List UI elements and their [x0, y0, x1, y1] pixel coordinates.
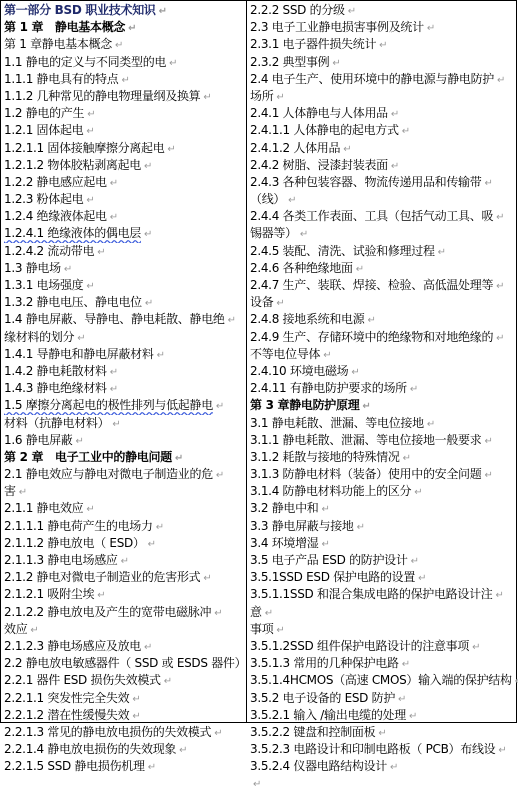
toc-entry[interactable]: 材料（抗静电材料）↵: [4, 415, 246, 432]
toc-entry[interactable]: 2.4.10 环境电磁场↵: [250, 363, 518, 380]
toc-entry[interactable]: 2.1.2.1 吸附尘埃↵: [4, 586, 246, 603]
paragraph-mark-icon: ↵: [391, 161, 399, 172]
toc-entry-text: 效应: [4, 622, 27, 636]
toc-entry[interactable]: 2.1.1.2 静电放电（ ESD）↵: [4, 535, 246, 552]
toc-entry-text: 1.5 摩擦分离起电的极性排列与低起静电: [4, 398, 213, 412]
toc-entry-text: 1.1 静电的定义与不同类型的电: [4, 55, 166, 69]
toc-entry-text: 2.1.2.3 静电场感应及放电: [4, 639, 141, 653]
paragraph-mark-icon: ↵: [362, 401, 370, 412]
toc-entry-text: 缘材料的划分: [4, 330, 74, 344]
toc-entry-text: 2.2.1.1 突发性完全失效: [4, 691, 129, 705]
paragraph-mark-icon: ↵: [86, 504, 94, 515]
toc-entry-text: 3.4 环境增湿: [250, 536, 319, 550]
toc-entry-text: 2.4.4 各类工作表面、工具（包括气动工具、吸: [250, 209, 493, 223]
toc-entry-text: 1.2.3 粉体起电: [4, 192, 83, 206]
paragraph-mark-icon: ↵: [167, 144, 175, 155]
paragraph-mark-icon: ↵: [496, 212, 504, 223]
toc-entry[interactable]: 1.2.1.1 固体接触摩擦分离起电↵: [4, 140, 246, 157]
paragraph-mark-icon: ↵: [332, 58, 340, 69]
toc-entry[interactable]: 2.4.7 生产、装联、焊接、检验、高低温处理等↵: [250, 277, 518, 294]
paragraph-mark-icon: ↵: [121, 556, 129, 567]
toc-left-column: 第一部分 BSD 职业技术知识↵第 1 章 静电基本概念↵第 1 章静电基本概念…: [1, 1, 247, 722]
paragraph-mark-icon: ↵: [214, 608, 222, 619]
toc-entry-text: 1.4.1 导静电和静电屏蔽材料: [4, 347, 154, 361]
toc-entry[interactable]: 1.2.1 固体起电↵: [4, 122, 246, 139]
toc-entry-text: 2.4.11 有静电防护要求的场所: [250, 381, 407, 395]
toc-entry-text: 2.1.1 静电效应: [4, 501, 83, 515]
toc-entry-text: 1.4.2 静电耗散材料: [4, 364, 107, 378]
paragraph-mark-icon: ↵: [484, 470, 492, 481]
toc-entry-text: 3.1.4 防静电材料功能上的区分: [250, 484, 411, 498]
paragraph-mark-icon: ↵: [495, 590, 503, 601]
toc-entry-text: 第 1 章静电基本概念: [4, 37, 112, 51]
toc-entry-text: 2.4.8 接地系统和电源: [250, 312, 364, 326]
toc-entry[interactable]: 害↵: [4, 483, 246, 500]
toc-entry-text: 2.1.1.2 静电放电（ ESD）: [4, 536, 145, 550]
paragraph-mark-icon: ↵: [414, 487, 422, 498]
paragraph-mark-icon: ↵: [322, 539, 330, 550]
toc-entry[interactable]: 锡器等）↵: [250, 225, 518, 242]
toc-entry[interactable]: 1.4.2 静电耗散材料↵: [4, 363, 246, 380]
toc-entry-text: 2.4.10 环境电磁场: [250, 364, 348, 378]
paragraph-mark-icon: ↵: [164, 676, 172, 687]
toc-entry[interactable]: 3.1.3 防静电材料（装备）使用中的安全问题↵: [250, 466, 518, 483]
toc-entry[interactable]: 2.1.1 静电效应↵: [4, 500, 246, 517]
toc-entry[interactable]: 3.1.2 耗散与接地的特殊情况↵: [250, 449, 518, 466]
toc-entry-text: 1.2.1 固体起电: [4, 123, 83, 137]
toc-entry[interactable]: 2.4.11 有静电防护要求的场所↵: [250, 380, 518, 397]
toc-entry[interactable]: 1.1.2 几种常见的静电物理量纲及换算↵: [4, 88, 246, 105]
toc-entry[interactable]: 2.1 静电效应与静电对微电子制造业的危↵: [4, 466, 246, 483]
toc-entry[interactable]: 缘材料的划分↵: [4, 329, 246, 346]
toc-entry-text: 2.1.2.2 静电放电及产生的宽带电磁脉冲: [4, 605, 211, 619]
paragraph-mark-icon: ↵: [418, 573, 426, 584]
toc-entry-text: 3.5.2.1 输入 /输出电缆的处理: [250, 708, 406, 722]
paragraph-mark-icon: ↵: [110, 212, 118, 223]
toc-entry[interactable]: 不等电位导体↵: [250, 346, 518, 363]
paragraph-mark-icon: ↵: [86, 281, 94, 292]
paragraph-mark-icon: ↵: [86, 126, 94, 137]
toc-entry-text: 3.2 静电中和: [250, 501, 319, 515]
toc-entry[interactable]: 1.1 静电的定义与不同类型的电↵: [4, 54, 246, 71]
paragraph-mark-icon: ↵: [357, 522, 365, 533]
paragraph-mark-icon: ↵: [228, 315, 236, 326]
toc-entry[interactable]: 1.2.4.1 绝缘液体的偶电层↵: [4, 225, 246, 242]
toc-entry-text: 3.5.1SSD ESD 保护电路的设置: [250, 570, 415, 584]
toc-entry-text: 3.5.1.1SSD 和混合集成电路的保护电路设计注: [250, 587, 492, 601]
paragraph-mark-icon: ↵: [86, 195, 94, 206]
toc-entry[interactable]: 2.1.2 静电对微电子制造业的危害形式↵: [4, 569, 246, 586]
toc-entry-text: 3.5.2 电子设备的 ESD 防护: [250, 691, 395, 705]
paragraph-mark-icon: ↵: [322, 504, 330, 515]
paragraph-mark-icon: ↵: [276, 625, 284, 636]
paragraph-mark-icon: ↵: [398, 694, 406, 705]
toc-entry-text: 2.3 电子工业静电损害事例及统计: [250, 20, 424, 34]
toc-entry[interactable]: 3.5 电子产品 ESD 的防护设计↵: [250, 552, 518, 569]
paragraph-mark-icon: ↵: [391, 109, 399, 120]
paragraph-mark-icon: ↵: [427, 23, 435, 34]
paragraph-mark-icon: ↵: [216, 401, 224, 412]
toc-entry[interactable]: 3.2 静电中和↵: [250, 500, 518, 517]
paragraph-mark-icon: ↵: [203, 92, 211, 103]
toc-entry[interactable]: 第 1 章 静电基本概念↵: [4, 19, 246, 36]
toc-entry-text: 锡器等）: [250, 226, 297, 240]
toc-entry-text: 1.1.1 静电具有的特点: [4, 72, 118, 86]
toc-entry[interactable]: 2.4.1.2 人体用品↵: [250, 140, 518, 157]
toc-entry-text: 2.1.2.1 吸附尘埃: [4, 587, 94, 601]
toc-entry-text: 1.4 静电屏蔽、导静电、静电耗散、静电绝: [4, 312, 225, 326]
paragraph-mark-icon: ↵: [175, 453, 183, 464]
toc-entry[interactable]: 设备↵: [250, 294, 518, 311]
toc-entry[interactable]: （线）↵: [250, 191, 518, 208]
toc-entry-text: 3.3 静电屏蔽与接地: [250, 519, 354, 533]
paragraph-mark-icon: ↵: [157, 350, 165, 361]
toc-entry-text: 第一部分 BSD 职业技术知识: [4, 3, 156, 17]
toc-entry-text: 1.2.2 静电感应起电: [4, 175, 107, 189]
toc-entry-text: 3.5.1.2SSD 组件保护电路设计的注意事项: [250, 639, 469, 653]
paragraph-mark-icon: ↵: [30, 625, 38, 636]
toc-entry[interactable]: 第 3 章静电防护原理↵: [250, 397, 518, 414]
toc-entry-text: 1.2.1.1 固体接触摩擦分离起电: [4, 141, 164, 155]
toc-entry[interactable]: 2.4.6 各种绝缘地面↵: [250, 260, 518, 277]
toc-entry[interactable]: 2.2.2 SSD 的分级↵: [250, 2, 518, 19]
paragraph-mark-icon: ↵: [144, 229, 152, 240]
toc-entry[interactable]: 2.4.4 各类工作表面、工具（包括气动工具、吸↵: [250, 208, 518, 225]
paragraph-mark-icon: ↵: [411, 556, 419, 567]
toc-entry-text: 材料（抗静电材料）: [4, 416, 109, 430]
toc-entry-text: 2.4.1 人体静电与人体用品: [250, 106, 388, 120]
toc-entry[interactable]: 2.4.5 装配、清洗、试验和修理过程↵: [250, 243, 518, 260]
toc-entry[interactable]: 2.1.1.1 静电荷产生的电场力↵: [4, 518, 246, 535]
toc-entry-text: 2.1 静电效应与静电对微电子制造业的危: [4, 467, 213, 481]
paragraph-mark-icon: ↵: [427, 419, 435, 430]
toc-entry[interactable]: 2.3.1 电子器件损失统计↵: [250, 36, 518, 53]
toc-entry-text: 2.2.2 SSD 的分级: [250, 3, 345, 17]
toc-entry-text: 1.2.4.1 绝缘液体的偶电层: [4, 226, 141, 240]
toc-entry-text: 1.3 静电场: [4, 261, 61, 275]
paragraph-mark-icon: ↵: [265, 608, 273, 619]
paragraph-mark-icon: ↵: [276, 92, 284, 103]
toc-entry[interactable]: 3.3 静电屏蔽与接地↵: [250, 518, 518, 535]
paragraph-mark-icon: ↵: [484, 178, 492, 189]
paragraph-mark-icon: ↵: [76, 436, 84, 447]
paragraph-mark-icon: ↵: [145, 298, 153, 309]
paragraph-mark-icon: ↵: [402, 659, 410, 670]
paragraph-mark-icon: ↵: [159, 6, 167, 17]
toc-right-column: 2.2.2 SSD 的分级↵2.3 电子工业静电损害事例及统计↵2.3.1 电子…: [247, 1, 518, 722]
toc-entry[interactable]: 第一部分 BSD 职业技术知识↵: [4, 2, 246, 19]
paragraph-mark-icon: ↵: [438, 247, 446, 258]
toc-entry[interactable]: 场所↵: [250, 88, 518, 105]
toc-entry-text: 2.4 电子生产、使用环境中的静电源与静电防护: [250, 72, 494, 86]
toc-entry-text: 1.3.2 静电电压、静电电位: [4, 295, 142, 309]
toc-entry[interactable]: 第 2 章 电子工业中的静电问题↵: [4, 449, 246, 466]
toc-entry-text: 1.3.1 电场强度: [4, 278, 83, 292]
toc-entry[interactable]: 2.4.1 人体静电与人体用品↵: [250, 105, 518, 122]
toc-entry-text: 害: [4, 484, 16, 498]
toc-entry[interactable]: 2.3 电子工业静电损害事例及统计↵: [250, 19, 518, 36]
toc-entry-text: 3.1.3 防静电材料（装备）使用中的安全问题: [250, 467, 481, 481]
paragraph-mark-icon: ↵: [409, 711, 417, 722]
toc-entry[interactable]: 1.3 静电场↵: [4, 260, 246, 277]
toc-entry-text: 2.4.1.2 人体用品: [250, 141, 340, 155]
toc-entry-text: 3.1.1 静电耗散、泄漏、等电位接地一般要求: [250, 433, 481, 447]
toc-entry[interactable]: 3.5.2 电子设备的 ESD 防护↵: [250, 690, 518, 707]
toc-entry[interactable]: 第 1 章静电基本概念↵: [4, 36, 246, 53]
toc-entry[interactable]: 1.4.3 静电绝缘材料↵: [4, 380, 246, 397]
paragraph-mark-icon: ↵: [276, 298, 284, 309]
toc-entry[interactable]: 1.2.3 粉体起电↵: [4, 191, 246, 208]
toc-entry[interactable]: 2.4.3 各种包装容器、物流传递用品和传输带↵: [250, 174, 518, 191]
toc-entry-text: 意: [250, 605, 262, 619]
toc-entry[interactable]: 1.2.2 静电感应起电↵: [4, 174, 246, 191]
toc-entry-text: 事项: [250, 622, 273, 636]
toc-entry-text: 3.5 电子产品 ESD 的防护设计: [250, 553, 408, 567]
toc-entry-text: 3.1.2 耗散与接地的特殊情况: [250, 450, 400, 464]
toc-entry[interactable]: 3.1.1 静电耗散、泄漏、等电位接地一般要求↵: [250, 432, 518, 449]
toc-entry[interactable]: 1.6 静电屏蔽↵: [4, 432, 246, 449]
paragraph-mark-icon: ↵: [497, 75, 505, 86]
toc-entry-text: 1.6 静电屏蔽: [4, 433, 73, 447]
paragraph-mark-icon: ↵: [87, 109, 95, 120]
paragraph-mark-icon: ↵: [402, 126, 410, 137]
toc-entry[interactable]: 2.4.1.1 人体静电的起电方式↵: [250, 122, 518, 139]
toc-entry[interactable]: 1.1.1 静电具有的特点↵: [4, 71, 246, 88]
paragraph-mark-icon: ↵: [348, 6, 356, 17]
toc-entry[interactable]: 2.2.1 器件 ESD 损伤失效模式↵: [4, 672, 246, 689]
paragraph-mark-icon: ↵: [367, 315, 375, 326]
toc-entry-text: 第 3 章静电防护原理: [250, 398, 359, 412]
toc-entry-text: 2.4.9 生产、存储环境中的绝缘物和对地绝缘的: [250, 330, 493, 344]
toc-entry-text: 3.5.1.3 常用的几种保护电路: [250, 656, 399, 670]
toc-entry-text: 2.1.1.1 静电荷产生的电场力: [4, 519, 153, 533]
paragraph-mark-icon: ↵: [356, 264, 364, 275]
toc-entry[interactable]: 1.2.4.2 流动带电↵: [4, 243, 246, 260]
paragraph-mark-icon: ↵: [216, 470, 224, 481]
toc-entry[interactable]: 3.5.1.3 常用的几种保护电路↵: [250, 655, 518, 672]
toc-entry-text: 1.2 静电的产生: [4, 106, 84, 120]
toc-entry[interactable]: 2.1.1.3 静电电场感应↵: [4, 552, 246, 569]
paragraph-mark-icon: ↵: [128, 23, 136, 34]
toc-entry[interactable]: 2.2.1.1 突发性完全失效↵: [4, 690, 246, 707]
paragraph-mark-icon: ↵: [148, 539, 156, 550]
toc-entry[interactable]: 3.1 静电耗散、泄漏、等电位接地↵: [250, 415, 518, 432]
paragraph-mark-icon: ↵: [97, 590, 105, 601]
paragraph-mark-icon: ↵: [144, 161, 152, 172]
toc-entry[interactable]: 意↵: [250, 604, 518, 621]
toc-entry-text: 第 2 章 电子工业中的静电问题: [4, 450, 172, 464]
toc-entry-text: 1.1.2 几种常见的静电物理量纲及换算: [4, 89, 200, 103]
paragraph-mark-icon: ↵: [121, 75, 129, 86]
toc-entry-text: 1.4.3 静电绝缘材料: [4, 381, 107, 395]
paragraph-mark-icon: ↵: [496, 333, 504, 344]
toc-entry[interactable]: 3.5.1.4HCMOS（高速 CMOS）输入端的保护结构↵: [250, 672, 518, 689]
toc-entry-text: 1.2.1.2 物体胶粘剥离起电: [4, 158, 141, 172]
toc-entry-text: 2.3.1 电子器件损失统计: [250, 37, 376, 51]
toc-entry[interactable]: 3.5.1.2SSD 组件保护电路设计的注意事项↵: [250, 638, 518, 655]
toc-entry-text: 2.4.2 树脂、浸漆封装表面: [250, 158, 388, 172]
toc-entry-text: 场所: [250, 89, 273, 103]
toc-entry[interactable]: 1.2.1.2 物体胶粘剥离起电↵: [4, 157, 246, 174]
toc-entry[interactable]: 1.4.1 导静电和静电屏蔽材料↵: [4, 346, 246, 363]
paragraph-mark-icon: ↵: [110, 367, 118, 378]
paragraph-mark-icon: ↵: [484, 436, 492, 447]
toc-entry-text: 1.2.4 绝缘液体起电: [4, 209, 107, 223]
toc-entry[interactable]: 2.4 电子生产、使用环境中的静电源与静电防护↵: [250, 71, 518, 88]
toc-entry[interactable]: 2.2 静电放电敏感器件（ SSD 或 ESDS 器件）↵: [4, 655, 246, 672]
paragraph-mark-icon: ↵: [132, 711, 140, 722]
toc-entry[interactable]: 2.2.1.2 潜在性缓慢失效↵: [4, 707, 246, 724]
toc-entry[interactable]: 1.3.2 静电电压、静电电位↵: [4, 294, 246, 311]
paragraph-mark-icon: ↵: [496, 281, 504, 292]
paragraph-mark-icon: ↵: [323, 350, 331, 361]
toc-entry-text: 2.4.5 装配、清洗、试验和修理过程: [250, 244, 435, 258]
toc-entry-text: 2.2.1 器件 ESD 损伤失效模式: [4, 673, 161, 687]
toc-entry[interactable]: 2.4.2 树脂、浸漆封装表面↵: [250, 157, 518, 174]
toc-entry-text: 2.4.3 各种包装容器、物流传递用品和传输带: [250, 175, 481, 189]
toc-entry-text: 2.1.1.3 静电电场感应: [4, 553, 118, 567]
paragraph-mark-icon: ↵: [132, 694, 140, 705]
paragraph-mark-icon: ↵: [97, 247, 105, 258]
paragraph-mark-icon: ↵: [19, 487, 27, 498]
paragraph-mark-icon: ↵: [110, 384, 118, 395]
toc-entry-text: 2.4.6 各种绝缘地面: [250, 261, 353, 275]
paragraph-mark-icon: ↵: [410, 384, 418, 395]
paragraph-mark-icon: ↵: [77, 333, 85, 344]
paragraph-mark-icon: ↵: [110, 178, 118, 189]
toc-entry[interactable]: 3.1.4 防静电材料功能上的区分↵: [250, 483, 518, 500]
toc-entry-text: 不等电位导体: [250, 347, 320, 361]
toc-entry-text: 2.1.2 静电对微电子制造业的危害形式: [4, 570, 200, 584]
paragraph-mark-icon: ↵: [300, 229, 308, 240]
paragraph-mark-icon: ↵: [156, 522, 164, 533]
toc-entry[interactable]: 1.2.4 绝缘液体起电↵: [4, 208, 246, 225]
toc-entry[interactable]: 3.5.1.1SSD 和混合集成电路的保护电路设计注↵: [250, 586, 518, 603]
toc-entry[interactable]: 2.4.9 生产、存储环境中的绝缘物和对地绝缘的↵: [250, 329, 518, 346]
toc-entry-text: 3.1 静电耗散、泄漏、等电位接地: [250, 416, 424, 430]
toc-entry[interactable]: 1.5 摩擦分离起电的极性排列与低起静电↵: [4, 397, 246, 414]
toc-entry-text: 1.2.4.2 流动带电: [4, 244, 94, 258]
paragraph-mark-icon: ↵: [203, 573, 211, 584]
paragraph-mark-icon: ↵: [115, 40, 123, 51]
toc-entry[interactable]: 1.3.1 电场强度↵: [4, 277, 246, 294]
paragraph-mark-icon: ↵: [351, 367, 359, 378]
toc-entry-text: 2.2 静电放电敏感器件（ SSD 或 ESDS 器件）: [4, 656, 246, 670]
paragraph-mark-icon: ↵: [472, 642, 480, 653]
toc-table: 第一部分 BSD 职业技术知识↵第 1 章 静电基本概念↵第 1 章静电基本概念…: [0, 0, 517, 723]
toc-entry-text: 2.4.1.1 人体静电的起电方式: [250, 123, 399, 137]
toc-entry[interactable]: 3.4 环境增湿↵: [250, 535, 518, 552]
toc-entry[interactable]: 2.1.2.2 静电放电及产生的宽带电磁脉冲↵: [4, 604, 246, 621]
toc-entry[interactable]: 效应↵: [4, 621, 246, 638]
toc-entry[interactable]: 1.4 静电屏蔽、导静电、静电耗散、静电绝↵: [4, 311, 246, 328]
toc-entry[interactable]: 2.4.8 接地系统和电源↵: [250, 311, 518, 328]
toc-entry[interactable]: 2.1.2.3 静电场感应及放电↵: [4, 638, 246, 655]
toc-entry-text: （线）: [250, 192, 285, 206]
toc-entry[interactable]: 2.3.2 典型事例↵: [250, 54, 518, 71]
toc-entry-text: 第 1 章 静电基本概念: [4, 20, 125, 34]
toc-entry[interactable]: 3.5.2.1 输入 /输出电缆的处理↵: [250, 707, 518, 724]
toc-entry[interactable]: 3.5.1SSD ESD 保护电路的设置↵: [250, 569, 518, 586]
toc-entry-text: 2.2.1.2 潜在性缓慢失效: [4, 708, 129, 722]
paragraph-mark-icon: ↵: [343, 144, 351, 155]
paragraph-mark-icon: ↵: [403, 453, 411, 464]
toc-entry-text: 设备: [250, 295, 273, 309]
toc-entry-text: 2.4.7 生产、装联、焊接、检验、高低温处理等: [250, 278, 493, 292]
paragraph-mark-icon: ↵: [288, 195, 296, 206]
paragraph-mark-icon: ↵: [64, 264, 72, 275]
paragraph-mark-icon: ↵: [112, 419, 120, 430]
paragraph-mark-icon: ↵: [144, 642, 152, 653]
toc-entry[interactable]: 1.2 静电的产生↵: [4, 105, 246, 122]
paragraph-mark-icon: ↵: [379, 40, 387, 51]
paragraph-mark-icon: ↵: [169, 58, 177, 69]
toc-entry-text: 3.5.1.4HCMOS（高速 CMOS）输入端的保护结构: [250, 673, 512, 687]
toc-entry[interactable]: 事项↵: [250, 621, 518, 638]
toc-entry-text: 2.3.2 典型事例: [250, 55, 329, 69]
